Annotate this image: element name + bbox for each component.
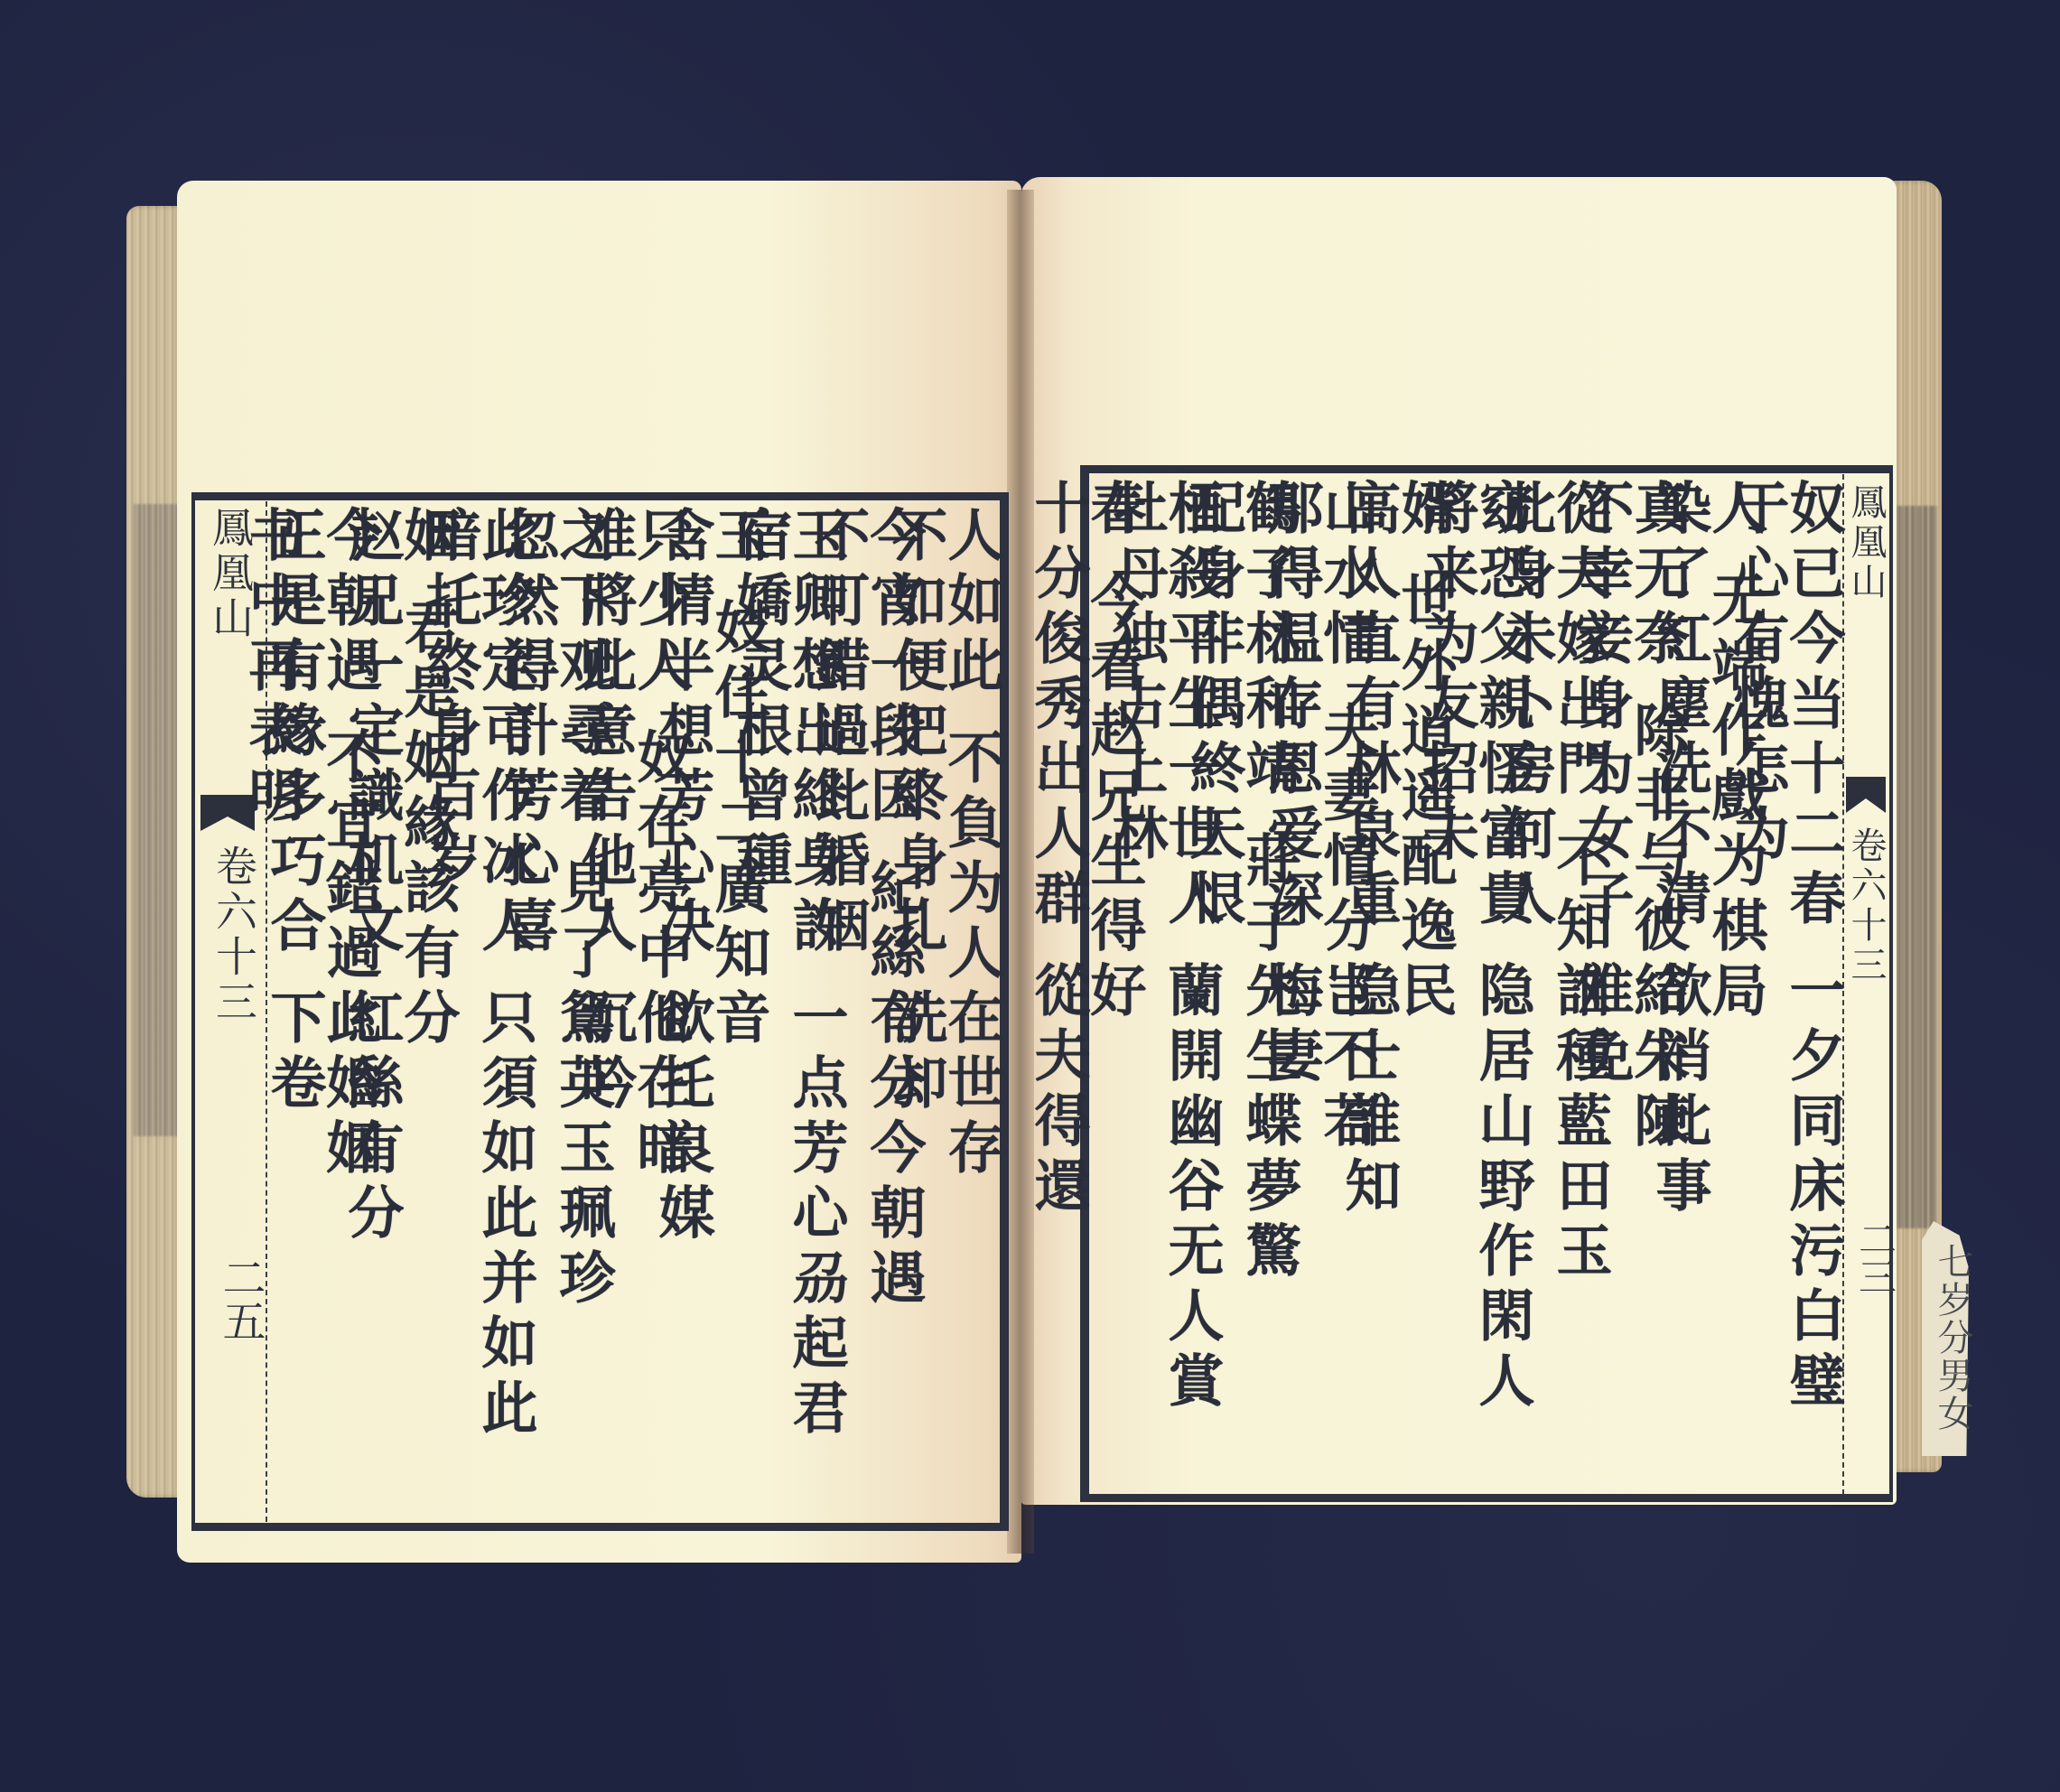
right-banxin-title: 鳳凰山 bbox=[1848, 483, 1884, 602]
ink-bleed bbox=[134, 504, 179, 1136]
text-column: 人如此不負为人在世存不如便把終身扎洗却 bbox=[921, 506, 999, 1517]
right-page-number: 二三 bbox=[1848, 1219, 1902, 1295]
text-column: 奴已今当十二春一夕同床污白璧于心有愧怎为 bbox=[1763, 479, 1841, 1490]
right-page-text: 奴已今当十二春一夕同床污白璧于心有愧怎为 人无端作戲为棋局染了紅塵洗不清欲消此事… bbox=[1095, 479, 1841, 1490]
left-page-text: 人如此不負为人在世存不如便把終身扎洗却 今宵一段因紀絲有分今朝遇不可錯過此婚姻 … bbox=[267, 506, 999, 1517]
paper-slip-text: 七岁分男女 bbox=[1927, 1243, 1979, 1433]
left-page-edge-stack bbox=[126, 206, 182, 1498]
right-banxin-juan: 卷六十三 bbox=[1848, 826, 1884, 985]
